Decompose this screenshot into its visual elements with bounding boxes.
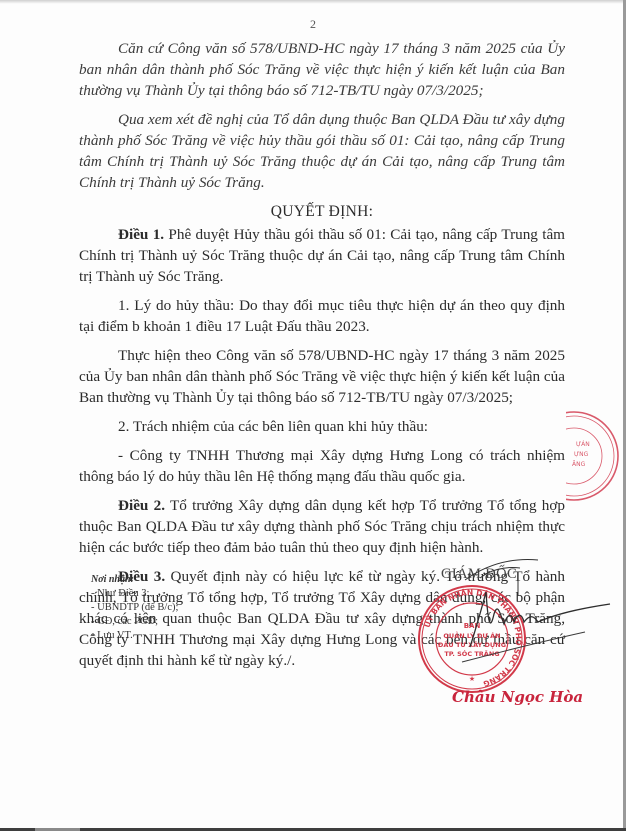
svg-text:★: ★ bbox=[469, 675, 475, 683]
implementation-basis: Thực hiện theo Công văn số 578/UBND-HC n… bbox=[79, 345, 565, 408]
handwritten-signature-icon bbox=[460, 552, 620, 672]
svg-text:ĂNG: ĂNG bbox=[572, 461, 586, 468]
recipient-item: - UBNDTP (để B/c); bbox=[91, 601, 178, 615]
edge-seal-icon: ỰÁN ỰNG ĂNG bbox=[566, 406, 626, 506]
signer-name: Châu Ngọc Hòa bbox=[452, 688, 583, 706]
svg-text:ỰNG: ỰNG bbox=[574, 451, 589, 458]
article-2: Điều 2. Tổ trưởng Xây dựng dân dụng kết … bbox=[79, 495, 565, 558]
cancellation-reason: 1. Lý do hủy thầu: Do thay đổi mục tiêu … bbox=[79, 295, 565, 337]
preamble-legal-basis: Căn cứ Công văn số 578/UBND-HC ngày 17 t… bbox=[79, 38, 565, 101]
article-1-label: Điều 1. bbox=[118, 226, 164, 243]
svg-text:ỰÁN: ỰÁN bbox=[576, 441, 590, 448]
recipient-item: - GĐ, các PGĐ; bbox=[91, 615, 178, 629]
article-2-label: Điều 2. bbox=[118, 497, 165, 514]
recipient-item: - Lưu VT. bbox=[91, 629, 178, 643]
recipients-block: Nơi nhận: - Như Điều 3; - UBNDTP (để B/c… bbox=[91, 573, 178, 643]
recipients-title: Nơi nhận: bbox=[91, 573, 178, 587]
document-page: 2 Căn cứ Công văn số 578/UBND-HC ngày 17… bbox=[0, 0, 623, 829]
responsibility-title: 2. Trách nhiệm của các bên liên quan khi… bbox=[79, 416, 565, 437]
responsibility-item: - Công ty TNHH Thương mại Xây dựng Hưng … bbox=[79, 445, 565, 487]
top-shadow bbox=[0, 0, 626, 4]
preamble-proposal: Qua xem xét đề nghị của Tổ dân dụng thuộ… bbox=[79, 109, 565, 193]
decision-heading: QUYẾT ĐỊNH: bbox=[79, 201, 565, 222]
recipient-item: - Như Điều 3; bbox=[91, 587, 178, 601]
article-1: Điều 1. Phê duyệt Hủy thầu gói thầu số 0… bbox=[79, 224, 565, 287]
page-number: 2 bbox=[0, 17, 626, 32]
